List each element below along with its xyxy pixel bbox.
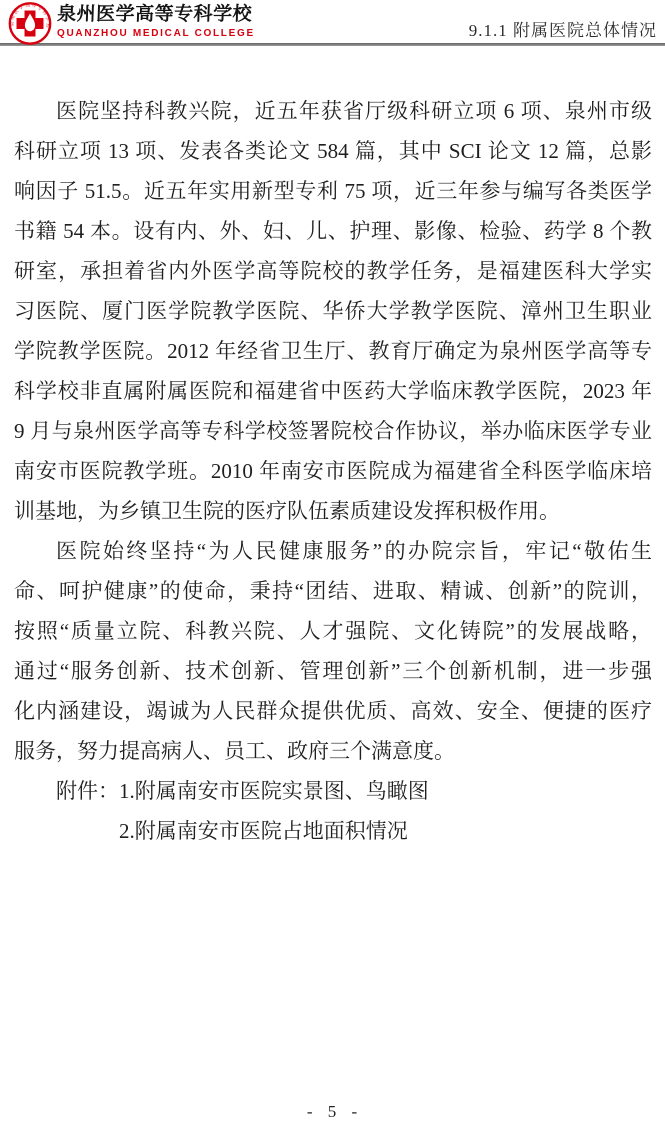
text-line: 学院教学医院。2012 年经省卫生厅、教育厅确定为泉州医学高等专 <box>14 331 652 371</box>
school-seal-logo: 泉州医学高等专科学校 <box>8 1 52 46</box>
page-number: - 5 - <box>307 1102 358 1121</box>
document-body: 医院坚持科教兴院，近五年获省厅级科研立项 6 项、泉州市级科研立项 13 项、发… <box>0 46 665 851</box>
text-line: 响因子 51.5。近五年实用新型专利 75 项，近三年参与编写各类医学 <box>14 171 652 211</box>
school-name-english: QUANZHOU MEDICAL COLLEGE <box>57 28 255 39</box>
text-line: 化内涵建设，竭诚为人民群众提供优质、高效、安全、便捷的医疗 <box>14 691 652 731</box>
text-line: 附件：1.附属南安市医院实景图、鸟瞰图 <box>14 771 652 811</box>
text-line: 服务，努力提高病人、员工、政府三个满意度。 <box>14 731 652 771</box>
text-line: 命、呵护健康”的使命，秉持“团结、进取、精诚、创新”的院训， <box>14 571 652 611</box>
text-line: 医院始终坚持“为人民健康服务”的办院宗旨，牢记“敬佑生 <box>14 531 652 571</box>
text-line: 科学校非直属附属医院和福建省中医药大学临床教学医院，2023 年 <box>14 371 652 411</box>
document-page: 泉州医学高等专科学校 泉州医学高等专科学校 QUANZHOU MEDICAL C… <box>0 0 665 1126</box>
text-line: 9 月与泉州医学高等专科学校签署院校合作协议，举办临床医学专业 <box>14 411 652 451</box>
text-line: 2.附属南安市医院占地面积情况 <box>14 811 652 851</box>
text-line: 通过“服务创新、技术创新、管理创新”三个创新机制，进一步强 <box>14 651 652 691</box>
school-name-block: 泉州医学高等专科学校 QUANZHOU MEDICAL COLLEGE <box>57 3 255 39</box>
page-footer: - 5 - <box>0 1102 665 1126</box>
text-line: 科研立项 13 项、发表各类论文 584 篇，其中 SCI 论文 12 篇，总影 <box>14 131 652 171</box>
text-line: 训基地，为乡镇卫生院的医疗队伍素质建设发挥积极作用。 <box>14 491 652 531</box>
page-header: 泉州医学高等专科学校 泉州医学高等专科学校 QUANZHOU MEDICAL C… <box>0 0 665 43</box>
text-line: 医院坚持科教兴院，近五年获省厅级科研立项 6 项、泉州市级 <box>14 91 652 131</box>
text-line: 习医院、厦门医学院教学医院、华侨大学教学医院、漳州卫生职业 <box>14 291 652 331</box>
school-name-chinese: 泉州医学高等专科学校 <box>57 3 256 27</box>
text-line: 南安市医院教学班。2010 年南安市医院成为福建省全科医学临床培 <box>14 451 652 491</box>
text-line: 研室，承担着省内外医学高等院校的教学任务，是福建医科大学实 <box>14 251 652 291</box>
text-line: 书籍 54 本。设有内、外、妇、儿、护理、影像、检验、药学 8 个教 <box>14 211 652 251</box>
header-section-title: 9.1.1 附属医院总体情况 <box>469 16 657 41</box>
text-line: 按照“质量立院、科教兴院、人才强院、文化铸院”的发展战略， <box>14 611 652 651</box>
